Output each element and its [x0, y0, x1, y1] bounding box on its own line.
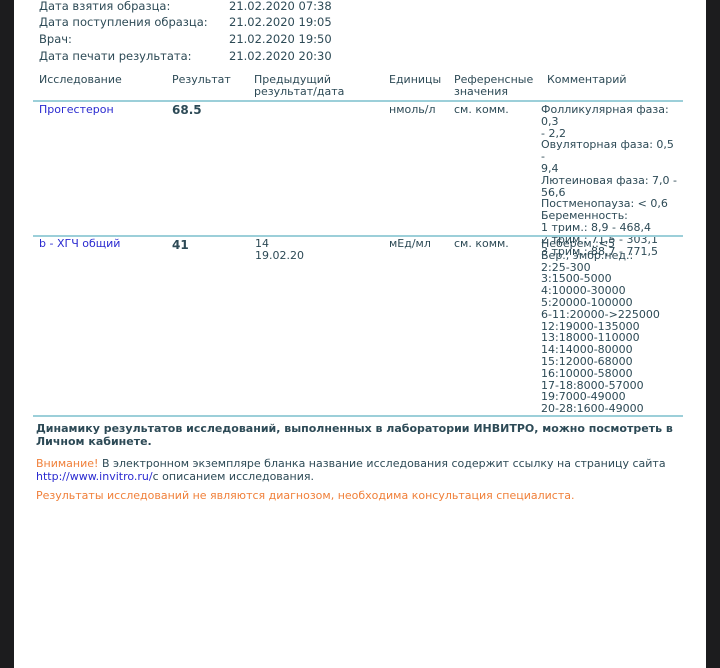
units: нмоль/л	[389, 104, 435, 116]
comment-line: 16:10000-58000	[541, 368, 681, 380]
header-units: Единицы	[389, 74, 441, 86]
header-previous: Предыдущий результат/дата	[254, 74, 344, 98]
header-divider	[33, 100, 683, 102]
comment-line: 1 трим.: 8,9 - 468,4	[541, 222, 681, 234]
header-previous-line2: результат/дата	[254, 86, 344, 98]
comment-hcg: Неберем.:<5Бер., эмбр.нед.:2:25-3003:150…	[541, 238, 681, 415]
attention-label: Внимание!	[36, 457, 98, 470]
meta-value: 21.02.2020 07:38	[229, 0, 332, 13]
reference: см. комм.	[454, 104, 509, 116]
comment-line: 9,4	[541, 163, 681, 175]
header-reference-line2: значения	[454, 86, 533, 98]
meta-label: Дата печати результата:	[39, 49, 192, 63]
meta-label: Дата взятия образца:	[39, 0, 170, 13]
header-comment: Комментарий	[547, 74, 627, 86]
header-result: Результат	[172, 74, 231, 86]
table-bottom-divider	[33, 415, 683, 417]
disclaimer-note: Результаты исследований не являются диаг…	[36, 489, 686, 502]
test-link-progesterone[interactable]: Прогестерон	[39, 104, 114, 116]
reference: см. комм.	[454, 238, 509, 250]
site-link-suffix: с описанием исследования.	[153, 470, 314, 483]
comment-line: 15:12000-68000	[541, 356, 681, 368]
units: мЕд/мл	[389, 238, 431, 250]
comment-line: 5:20000-100000	[541, 297, 681, 309]
test-link-hcg[interactable]: b - ХГЧ общий	[39, 238, 120, 250]
attention-text: В электронном экземпляре бланка название…	[98, 457, 665, 470]
result-value: 68.5	[172, 104, 202, 116]
comment-line: 6-11:20000->225000	[541, 309, 681, 321]
meta-value: 21.02.2020 19:50	[229, 32, 332, 46]
header-test: Исследование	[39, 74, 122, 86]
comment-line: Овуляторная фаза: 0,5 -	[541, 139, 681, 163]
meta-value: 21.02.2020 19:05	[229, 15, 332, 29]
comment-line: 20-28:1600-49000	[541, 403, 681, 415]
header-reference: Референсные значения	[454, 74, 533, 98]
meta-label: Дата поступления образца:	[39, 15, 208, 29]
meta-label: Врач:	[39, 32, 72, 46]
previous-result: 14 19.02.20	[255, 238, 304, 262]
previous-date: 19.02.20	[255, 250, 304, 262]
comment-line: Бер., эмбр.нед.:	[541, 250, 681, 262]
comment-line: Фолликулярная фаза: 0,3	[541, 104, 681, 128]
attention-note: Внимание! В электронном экземпляре бланк…	[36, 457, 686, 483]
meta-value: 21.02.2020 20:30	[229, 49, 332, 63]
result-value: 41	[172, 239, 189, 251]
comment-line: Лютеиновая фаза: 7,0 -	[541, 175, 681, 187]
invitro-site-link[interactable]: http://www.invitro.ru/	[36, 470, 153, 483]
lab-report-page: Дата взятия образца: 21.02.2020 07:38 Да…	[14, 0, 706, 668]
dynamics-note: Динамику результатов исследований, выпол…	[36, 422, 676, 448]
